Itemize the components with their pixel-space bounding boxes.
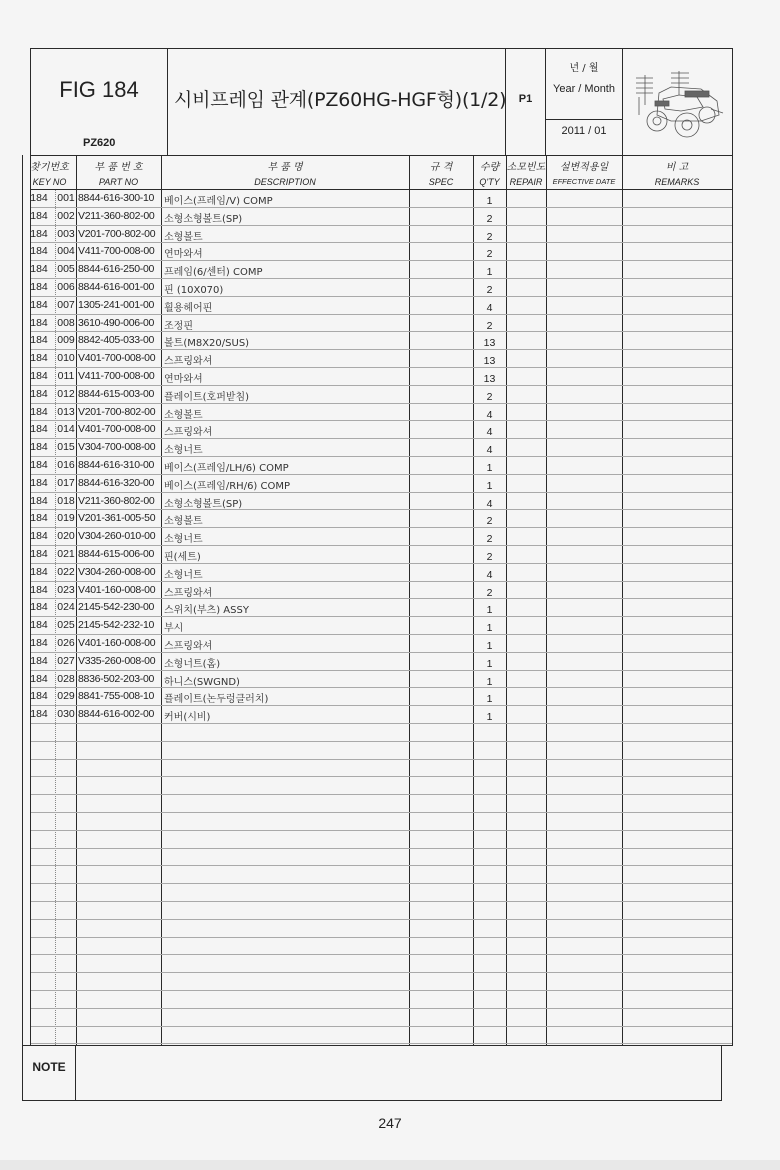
fig-number: 184 (25, 637, 53, 649)
key-number: 024 (56, 601, 76, 613)
table-row: 184027V335-260-008-00소형너트(홈)1 (31, 653, 732, 671)
part-number: 3610-490-006-00 (78, 317, 154, 329)
page-code: P1 (506, 93, 545, 105)
col-header-repair: 소모빈도REPAIR (506, 155, 546, 190)
key-number: 009 (56, 334, 76, 346)
quantity: 1 (473, 622, 506, 634)
description: 커버(시비) (164, 708, 210, 723)
key-number: 010 (56, 352, 76, 364)
col-header-spec: 규 격SPEC (409, 155, 473, 190)
part-number: 8841-755-008-10 (78, 690, 154, 702)
table-row (31, 795, 732, 813)
description: 연마와셔 (164, 370, 203, 385)
table-row (31, 973, 732, 991)
quantity: 2 (473, 284, 506, 296)
quantity: 4 (473, 409, 506, 421)
fig-number: 184 (25, 370, 53, 382)
fig-number: 184 (25, 601, 53, 613)
key-number: 029 (56, 690, 76, 702)
fig-number: 184 (25, 708, 53, 720)
table-row: 1840018844-616-300-10베이스(프레임/V) COMP1 (31, 190, 732, 208)
table-row (31, 724, 732, 742)
table-row: 184018V211-360-802-00소형소형볼트(SP)4 (31, 493, 732, 511)
table-row: 184004V411-700-008-00연마와셔2 (31, 243, 732, 261)
description: 소형너트 (164, 566, 203, 581)
part-number: 8844-616-250-00 (78, 263, 154, 275)
part-number: V304-700-008-00 (78, 441, 155, 453)
table-row (31, 777, 732, 795)
quantity: 4 (473, 569, 506, 581)
table-row (31, 1027, 732, 1045)
table-row: 1840083610-490-006-00조정핀2 (31, 315, 732, 333)
quantity: 1 (473, 640, 506, 652)
table-row: 184002V211-360-802-00소형소형볼트(SP)2 (31, 208, 732, 226)
part-number: V304-260-010-00 (78, 530, 155, 542)
quantity: 13 (473, 337, 506, 349)
fig-number: 184 (25, 530, 53, 542)
table-row: 1840218844-615-006-00핀(세트)2 (31, 546, 732, 564)
key-number: 017 (56, 477, 76, 489)
table-row (31, 955, 732, 973)
quantity: 2 (473, 587, 506, 599)
quantity: 2 (473, 533, 506, 545)
fig-number: 184 (25, 388, 53, 400)
quantity: 2 (473, 248, 506, 260)
quantity: 1 (473, 693, 506, 705)
part-number: V304-260-008-00 (78, 566, 155, 578)
table-row (31, 831, 732, 849)
part-number: 2145-542-230-00 (78, 601, 154, 613)
fig-number: 184 (25, 317, 53, 329)
description: 스위치(부츠) ASSY (164, 601, 249, 616)
table-row: 1840298841-755-008-10플레이트(논두렁클러치)1 (31, 688, 732, 706)
fig-number: 184 (25, 281, 53, 293)
description: 프레임(6/센터) COMP (164, 263, 263, 278)
part-number: V211-360-802-00 (78, 495, 154, 507)
quantity: 13 (473, 355, 506, 367)
fig-cell: FIG 184 PZ620 (31, 49, 168, 155)
fig-number: 184 (25, 584, 53, 596)
key-number: 020 (56, 530, 76, 542)
key-number: 016 (56, 459, 76, 471)
fig-label: FIG 184 (31, 77, 167, 103)
fig-number: 184 (25, 495, 53, 507)
fig-number: 184 (25, 512, 53, 524)
description: 하니스(SWGND) (164, 673, 240, 688)
year-month-value: 2011 / 01 (546, 125, 622, 137)
table-row: 1840168844-616-310-00베이스(프레임/LH/6) COMP1 (31, 457, 732, 475)
table-header: 찾기번호KEY NO 부 품 번 호PART NO 부 품 명DESCRIPTI… (31, 155, 732, 190)
table-row: 1840308844-616-002-00커버(시비)1 (31, 706, 732, 724)
description: 플레이트(논두렁클러치) (164, 690, 268, 705)
col-header-remarks: 비 고REMARKS (622, 155, 732, 190)
part-number: 8844-615-003-00 (78, 388, 154, 400)
description: 부시 (164, 619, 183, 634)
key-number: 007 (56, 299, 76, 311)
page-number: 247 (0, 1115, 780, 1131)
description: 조정핀 (164, 317, 193, 332)
fig-number: 184 (25, 459, 53, 471)
description: 소형볼트 (164, 406, 203, 421)
table-row: 184022V304-260-008-00소형너트4 (31, 564, 732, 582)
table-row: 1840098842-405-033-00볼트(M8X20/SUS)13 (31, 332, 732, 350)
part-number: V401-700-008-00 (78, 352, 155, 364)
part-number: 8842-405-033-00 (78, 334, 154, 346)
quantity: 4 (473, 498, 506, 510)
quantity: 1 (473, 604, 506, 616)
key-number: 006 (56, 281, 76, 293)
fig-number: 184 (25, 192, 53, 204)
quantity: 1 (473, 711, 506, 723)
description: 핀(세트) (164, 548, 201, 563)
col-header-key: 찾기번호KEY NO (23, 155, 76, 190)
parts-table: 찾기번호KEY NO 부 품 번 호PART NO 부 품 명DESCRIPTI… (30, 155, 733, 1046)
key-number: 027 (56, 655, 76, 667)
col-header-effective-date: 설변적용일EFFECTIVE DATE (546, 155, 622, 190)
key-number: 005 (56, 263, 76, 275)
key-number: 023 (56, 584, 76, 596)
fig-number: 184 (25, 210, 53, 222)
part-number: 8836-502-203-00 (78, 673, 154, 685)
table-row: 184023V401-160-008-00스프링와셔2 (31, 582, 732, 600)
table-row: 184003V201-700-802-00소형볼트2 (31, 226, 732, 244)
fig-number: 184 (25, 548, 53, 560)
description: 핀 (10X070) (164, 281, 223, 296)
table-row: 184013V201-700-802-00소형볼트4 (31, 404, 732, 422)
key-number: 008 (56, 317, 76, 329)
fig-number: 184 (25, 690, 53, 702)
quantity: 1 (473, 658, 506, 670)
fig-number: 184 (25, 228, 53, 240)
key-number: 018 (56, 495, 76, 507)
description: 연마와셔 (164, 245, 203, 260)
table-row: 1840288836-502-203-00하니스(SWGND)1 (31, 671, 732, 689)
fig-number: 184 (25, 245, 53, 257)
part-number: V401-700-008-00 (78, 423, 155, 435)
table-row (31, 1009, 732, 1027)
fig-number: 184 (25, 566, 53, 578)
quantity: 13 (473, 373, 506, 385)
table-row: 184015V304-700-008-00소형너트4 (31, 439, 732, 457)
table-row (31, 991, 732, 1009)
description: 플레이트(호퍼받침) (164, 388, 249, 403)
table-row: 1840068844-616-001-00핀 (10X070)2 (31, 279, 732, 297)
fig-number: 184 (25, 352, 53, 364)
key-number: 003 (56, 228, 76, 240)
quantity: 2 (473, 551, 506, 563)
part-number: V411-700-008-00 (78, 370, 154, 382)
model-label: PZ620 (83, 137, 115, 149)
table-row: 184026V401-160-008-00스프링와셔1 (31, 635, 732, 653)
table-row (31, 902, 732, 920)
description: 소형너트 (164, 530, 203, 545)
note-label: NOTE (23, 1046, 76, 1100)
description: 베이스(프레임/V) COMP (164, 192, 273, 207)
part-number: V411-700-008-00 (78, 245, 154, 257)
year-month-en-label: Year / Month (546, 83, 622, 95)
header-block: FIG 184 PZ620 시비프레임 관계(PZ60HG-HGF형)(1/2)… (30, 48, 733, 156)
description: 휠용헤어핀 (164, 299, 212, 314)
table-body: 1840018844-616-300-10베이스(프레임/V) COMP1184… (31, 190, 732, 1045)
quantity: 1 (473, 195, 506, 207)
part-number: V201-361-005-50 (78, 512, 155, 524)
part-number: 8844-615-006-00 (78, 548, 154, 560)
key-number: 025 (56, 619, 76, 631)
table-row: 1840252145-542-232-10부시1 (31, 617, 732, 635)
table-row (31, 938, 732, 956)
scan-edge (0, 1160, 780, 1170)
quantity: 4 (473, 444, 506, 456)
key-number: 012 (56, 388, 76, 400)
col-header-part: 부 품 번 호PART NO (76, 155, 161, 190)
description: 베이스(프레임/RH/6) COMP (164, 477, 290, 492)
quantity: 2 (473, 231, 506, 243)
description: 소형소형볼트(SP) (164, 495, 242, 510)
key-number: 002 (56, 210, 76, 222)
key-number: 001 (56, 192, 76, 204)
table-row (31, 849, 732, 867)
fig-number: 184 (25, 441, 53, 453)
quantity: 2 (473, 391, 506, 403)
key-number: 015 (56, 441, 76, 453)
description: 스프링와셔 (164, 352, 212, 367)
table-row: 1840128844-615-003-00플레이트(호퍼받침)2 (31, 386, 732, 404)
description: 볼트(M8X20/SUS) (164, 334, 249, 349)
quantity: 2 (473, 515, 506, 527)
key-number: 019 (56, 512, 76, 524)
description: 소형너트(홈) (164, 655, 220, 670)
title-cell: 시비프레임 관계(PZ60HG-HGF형)(1/2) (168, 49, 506, 155)
quantity: 1 (473, 266, 506, 278)
key-number: 026 (56, 637, 76, 649)
quantity: 1 (473, 676, 506, 688)
part-number: 8844-616-001-00 (78, 281, 154, 293)
table-row: 1840242145-542-230-00스위치(부츠) ASSY1 (31, 599, 732, 617)
key-number: 013 (56, 406, 76, 418)
key-number: 011 (56, 370, 76, 382)
fig-number: 184 (25, 673, 53, 685)
table-row: 1840058844-616-250-00프레임(6/센터) COMP1 (31, 261, 732, 279)
description: 스프링와셔 (164, 584, 212, 599)
fig-number: 184 (25, 655, 53, 667)
col-header-description: 부 품 명DESCRIPTION (161, 155, 409, 190)
fig-number: 184 (25, 406, 53, 418)
part-number: 8844-616-002-00 (78, 708, 154, 720)
part-number: 8844-616-320-00 (78, 477, 154, 489)
part-number: V335-260-008-00 (78, 655, 155, 667)
table-row (31, 884, 732, 902)
sheet-title: 시비프레임 관계(PZ60HG-HGF형)(1/2) (174, 85, 506, 112)
fig-number: 184 (25, 334, 53, 346)
table-row: 1840178844-616-320-00베이스(프레임/RH/6) COMP1 (31, 475, 732, 493)
quantity: 1 (473, 480, 506, 492)
part-number: 1305-241-001-00 (78, 299, 154, 311)
part-number: V401-160-008-00 (78, 584, 155, 596)
machine-illustration-icon (631, 63, 725, 143)
fig-number: 184 (25, 423, 53, 435)
table-row (31, 866, 732, 884)
note-box: NOTE (22, 1045, 722, 1101)
fig-number: 184 (25, 477, 53, 489)
table-row (31, 813, 732, 831)
key-number: 004 (56, 245, 76, 257)
table-row (31, 742, 732, 760)
description: 스프링와셔 (164, 423, 212, 438)
table-row: 1840071305-241-001-00휠용헤어핀4 (31, 297, 732, 315)
table-row: 184014V401-700-008-00스프링와셔4 (31, 421, 732, 439)
page-code-cell: P1 (506, 49, 546, 155)
part-number: 8844-616-300-10 (78, 192, 154, 204)
part-number: V401-160-008-00 (78, 637, 155, 649)
key-number: 022 (56, 566, 76, 578)
table-row (31, 920, 732, 938)
key-number: 021 (56, 548, 76, 560)
table-row (31, 760, 732, 778)
description: 스프링와셔 (164, 637, 212, 652)
quantity: 4 (473, 302, 506, 314)
part-number: 2145-542-232-10 (78, 619, 154, 631)
part-number: V201-700-802-00 (78, 406, 155, 418)
key-number: 028 (56, 673, 76, 685)
illustration-cell (623, 49, 732, 155)
table-row: 184010V401-700-008-00스프링와셔13 (31, 350, 732, 368)
description: 소형소형볼트(SP) (164, 210, 242, 225)
quantity: 2 (473, 320, 506, 332)
quantity: 2 (473, 213, 506, 225)
part-number: 8844-616-310-00 (78, 459, 154, 471)
part-number: V211-360-802-00 (78, 210, 154, 222)
description: 소형볼트 (164, 512, 203, 527)
key-number: 030 (56, 708, 76, 720)
description: 베이스(프레임/LH/6) COMP (164, 459, 289, 474)
year-month-cell: 년 / 월 Year / Month 2011 / 01 (546, 49, 623, 155)
table-row: 184011V411-700-008-00연마와셔13 (31, 368, 732, 386)
part-number: V201-700-802-00 (78, 228, 155, 240)
table-row: 184019V201-361-005-50소형볼트2 (31, 510, 732, 528)
fig-number: 184 (25, 263, 53, 275)
description: 소형너트 (164, 441, 203, 456)
key-number: 014 (56, 423, 76, 435)
year-month-kr-label: 년 / 월 (546, 59, 622, 74)
fig-number: 184 (25, 299, 53, 311)
col-header-qty: 수량Q'TY (473, 155, 506, 190)
quantity: 1 (473, 462, 506, 474)
fig-number: 184 (25, 619, 53, 631)
quantity: 4 (473, 426, 506, 438)
description: 소형볼트 (164, 228, 203, 243)
table-row: 184020V304-260-010-00소형너트2 (31, 528, 732, 546)
